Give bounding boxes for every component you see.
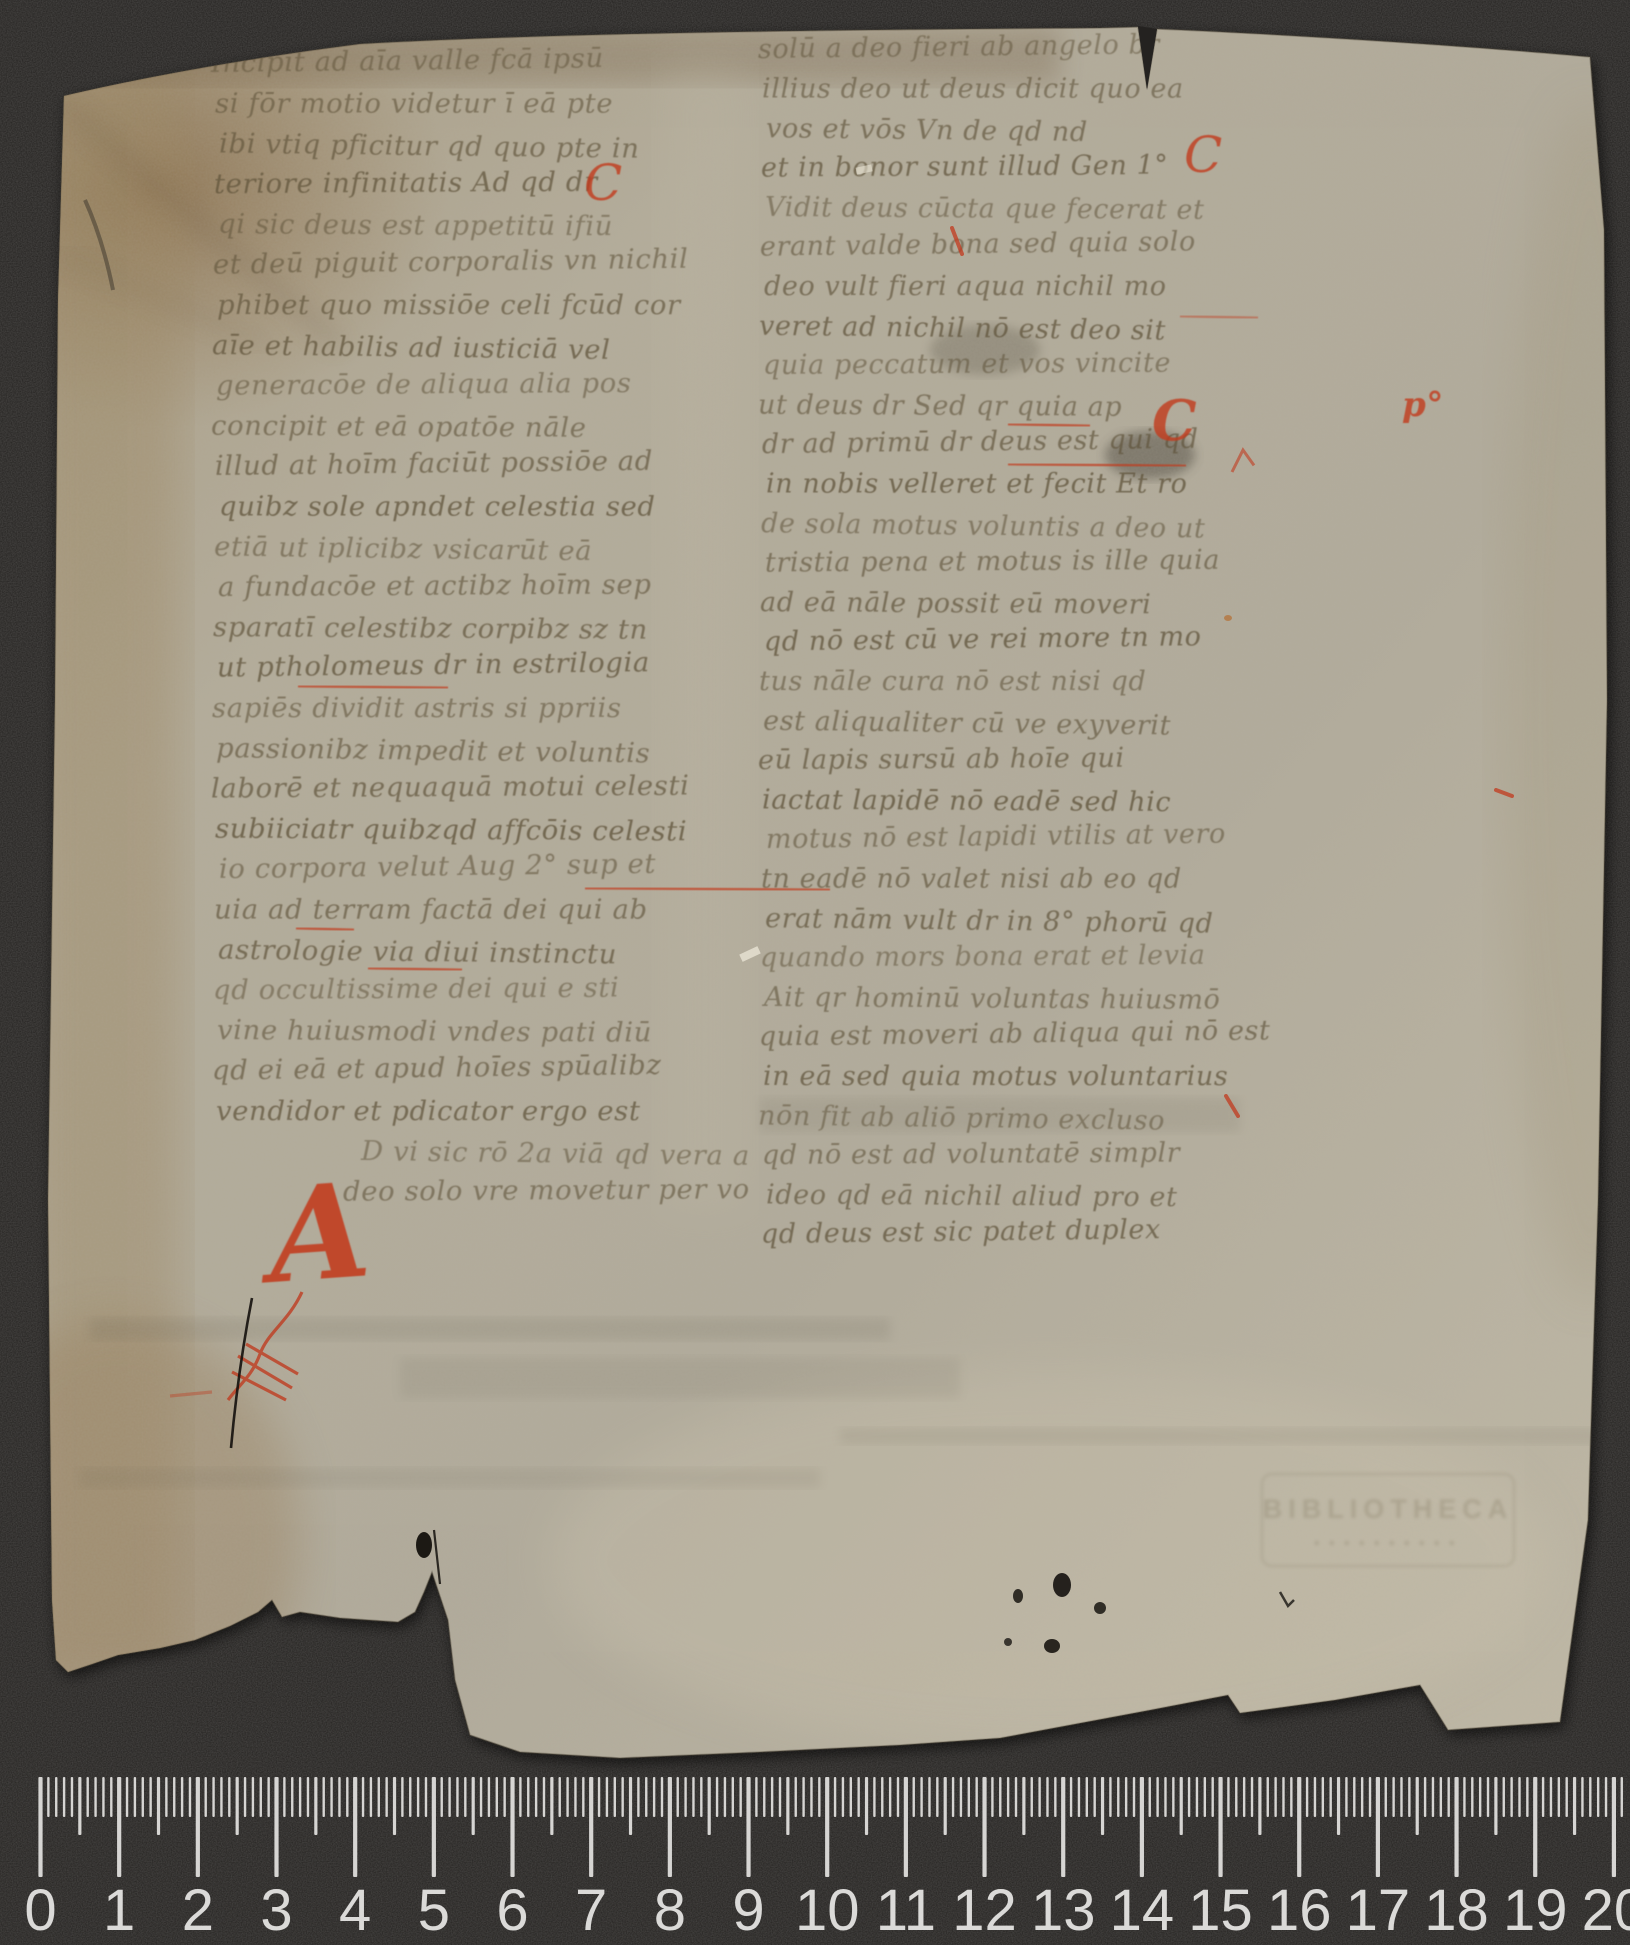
ruler-tick — [621, 1777, 623, 1817]
ruler-tick — [441, 1777, 443, 1817]
ruler-tick — [1022, 1777, 1025, 1835]
ruler-number: 6 — [496, 1878, 528, 1943]
manuscript-line: etiā ut iplicibz vsicarūt eā — [214, 531, 593, 568]
ruler-tick — [1612, 1777, 1616, 1877]
ruler-tick — [1101, 1777, 1104, 1835]
ruler-tick — [1479, 1777, 1481, 1817]
ruler-tick — [724, 1777, 726, 1817]
ruler-tick — [496, 1777, 498, 1817]
ruler-tick — [307, 1777, 309, 1817]
rubric-underline — [585, 888, 830, 890]
manuscript-line: quando mors bona erat et levia — [760, 940, 1206, 974]
ruler-tick — [550, 1777, 553, 1835]
manuscript-line: ad eā nāle possit eū moveri — [760, 587, 1152, 620]
ruler-tick — [1345, 1777, 1347, 1817]
photograph-stage: BIBLIOTHECA ·········· Incipit ad aīa va… — [0, 0, 1630, 1945]
ruler-tick — [936, 1777, 938, 1817]
ruler-tick — [55, 1777, 57, 1817]
rubric-underline — [1008, 424, 1090, 426]
manuscript-line: ideo qd eā nichil aliud pro et — [766, 1180, 1178, 1214]
ruler-tick — [1070, 1777, 1072, 1817]
ruler-tick — [1314, 1777, 1316, 1817]
ruler-tick — [1211, 1777, 1213, 1817]
ruler-tick — [850, 1777, 852, 1817]
manuscript-line: tus nāle cura nō est nisi qd — [759, 666, 1146, 697]
ruler-tick — [1337, 1777, 1340, 1835]
ruler-tick — [1353, 1777, 1355, 1817]
ruler-tick — [1322, 1777, 1324, 1817]
ruler-tick — [746, 1777, 750, 1877]
rubric-underline — [296, 928, 354, 930]
ruler-tick — [1605, 1777, 1607, 1817]
manuscript-line: si fōr motio videtur ī eā pte — [215, 87, 613, 119]
ruler-tick — [102, 1777, 104, 1817]
ruler-number: 4 — [339, 1878, 371, 1943]
ruler-tick — [1573, 1777, 1576, 1835]
ruler-tick — [1494, 1777, 1497, 1835]
ruler-tick — [448, 1777, 450, 1817]
ruler-tick — [535, 1777, 537, 1817]
manuscript-line: generacōe de aliqua alia pos — [216, 367, 632, 402]
ruler-tick — [274, 1777, 278, 1877]
ruler-number: 11 — [876, 1878, 936, 1943]
rubric-pilcrow: C — [584, 154, 623, 212]
ruler-tick — [1621, 1777, 1623, 1817]
manuscript-line: est aliqualiter cū ve exyverit — [763, 706, 1171, 742]
ruler-tick — [1290, 1777, 1292, 1817]
ruler-tick — [771, 1777, 773, 1817]
manuscript-line: astrologie via diui instinctu — [218, 934, 617, 971]
ruler-tick — [1218, 1777, 1222, 1877]
manuscript-line: qd nō est cū ve rei more tn mo — [764, 621, 1202, 657]
rubric-underline — [298, 686, 448, 688]
ruler-tick — [1558, 1777, 1560, 1817]
stamp-line-2: ·········· — [1313, 1528, 1463, 1558]
ruler-tick — [1550, 1777, 1552, 1817]
ruler-tick — [857, 1777, 859, 1817]
ruler-tick — [71, 1777, 73, 1817]
ruler-tick — [1188, 1777, 1190, 1817]
ruler-tick — [1172, 1777, 1174, 1817]
ruler-tick — [865, 1777, 868, 1835]
ruler-tick — [913, 1777, 915, 1817]
manuscript-line: qd nō est ad voluntatē simplr — [762, 1137, 1182, 1171]
ruler-tick — [842, 1777, 844, 1817]
ruler-tick — [566, 1777, 568, 1817]
ruler-tick — [1297, 1777, 1301, 1877]
manuscript-line: subiiciatr quibzqd affcōis celesti — [215, 813, 687, 848]
ruler-tick — [802, 1777, 804, 1817]
ruler-tick — [1227, 1777, 1229, 1817]
ruler-tick — [110, 1777, 112, 1817]
rubric-margin-glyph: p° — [1402, 385, 1444, 425]
ruler-tick — [968, 1777, 970, 1817]
ruler-tick — [920, 1777, 922, 1817]
ruler-tick — [1031, 1777, 1033, 1817]
ruler-tick — [732, 1777, 734, 1817]
ruler-tick — [1376, 1777, 1380, 1877]
ruler-number: 0 — [24, 1878, 56, 1943]
ruler-tick — [810, 1777, 812, 1817]
ruler-number: 1 — [103, 1878, 135, 1943]
ruler-tick — [425, 1777, 427, 1817]
ruler-tick — [173, 1777, 175, 1817]
ruler-tick — [519, 1777, 521, 1817]
manuscript-line: Vidit deus cūcta que fecerat et — [765, 192, 1205, 226]
ruler-tick — [1581, 1777, 1583, 1817]
ruler-tick — [236, 1777, 239, 1835]
ruler-tick — [1133, 1777, 1135, 1817]
ruler-tick — [1258, 1777, 1261, 1835]
ruler-tick — [637, 1777, 639, 1817]
ruler-tick — [559, 1777, 561, 1817]
ruler-tick — [488, 1777, 490, 1817]
ruler-tick — [739, 1777, 741, 1817]
ruler-tick — [1533, 1777, 1537, 1877]
ruler-tick — [1196, 1777, 1198, 1817]
manuscript-line: laborē et nequaquā motui celesti — [211, 769, 690, 804]
manuscript-line: iactat lapidē nō eadē sed hic — [762, 785, 1171, 818]
ruler-tick — [952, 1777, 954, 1817]
manuscript-line: erant valde bona sed quia solo — [760, 226, 1196, 262]
ruler-tick — [1149, 1777, 1151, 1817]
ruler-tick — [881, 1777, 883, 1817]
ruler-tick — [196, 1777, 200, 1877]
ruler-tick — [527, 1777, 529, 1817]
ruler-tick — [1329, 1777, 1331, 1817]
manuscript-line: qd deus est sic patet duplex — [761, 1214, 1161, 1250]
ruler-tick — [873, 1777, 875, 1817]
ruler-tick — [606, 1777, 608, 1817]
ruler-tick — [291, 1777, 293, 1817]
manuscript-line: quia peccatum et vos vincite — [763, 348, 1171, 381]
manuscript-line: de sola motus voluntis a deo ut — [761, 508, 1206, 544]
ruler-number: 15 — [1188, 1878, 1253, 1943]
ruler-tick — [1454, 1777, 1458, 1877]
ruler-tick — [1054, 1777, 1056, 1817]
ruler-number: 18 — [1424, 1878, 1489, 1943]
manuscript-line: Ait qr hominū voluntas huiusmō — [761, 982, 1221, 1016]
ruler-tick — [1447, 1777, 1449, 1817]
ruler-tick — [432, 1777, 436, 1877]
ruler-tick — [228, 1777, 230, 1817]
ruler-tick — [393, 1777, 396, 1835]
manuscript-line: ut ptholomeus dr in estrilogia — [217, 646, 650, 683]
ruler-tick — [1503, 1777, 1505, 1817]
manuscript-line: solū a deo fieri ab angelo br — [758, 29, 1162, 65]
ruler-tick — [417, 1777, 419, 1817]
ruler-tick — [1267, 1777, 1269, 1817]
manuscript-line: phibet quo missiōe celi fcūd cor — [217, 289, 682, 321]
ruler-tick — [589, 1777, 593, 1877]
ruler-tick — [87, 1777, 89, 1817]
manuscript-line: vendidor et pdicator ergo est — [216, 1095, 641, 1127]
ruler-tick — [1565, 1777, 1567, 1817]
ruler-tick — [763, 1777, 765, 1817]
ruler-tick — [323, 1777, 325, 1817]
ruler-tick — [370, 1777, 372, 1817]
ruler-tick — [330, 1777, 332, 1817]
manuscript-line: motus nō est lapidi vtilis at vero — [766, 818, 1226, 855]
text-column-right: solū a deo fieri ab angelo brillius deo … — [758, 29, 1271, 1250]
manuscript-line: tristia pena et motus is ille quia — [765, 545, 1220, 579]
ruler-tick — [944, 1777, 947, 1835]
manuscript-line: ut deus dr Sed qr quia ap — [758, 390, 1122, 423]
ruler-tick — [795, 1777, 797, 1817]
parchment-surface: BIBLIOTHECA ·········· Incipit ad aīa va… — [0, 0, 1630, 1800]
ruler-tick — [142, 1777, 144, 1817]
ruler-tick — [1125, 1777, 1127, 1817]
ruler-tick — [982, 1777, 986, 1877]
ruler-tick — [1235, 1777, 1237, 1817]
ruler-tick — [904, 1777, 908, 1877]
ruler-tick — [181, 1777, 183, 1817]
ruler-tick — [117, 1777, 121, 1877]
ruler-tick — [614, 1777, 616, 1817]
ruler-tick — [510, 1777, 514, 1877]
ruler-tick — [700, 1777, 702, 1817]
ruler-tick — [668, 1777, 672, 1877]
ruler-number: 13 — [1031, 1878, 1096, 1943]
ruler-tick — [78, 1777, 81, 1835]
ruler-tick — [126, 1777, 128, 1817]
ruler-tick — [157, 1777, 160, 1835]
ruler-tick — [1369, 1777, 1371, 1817]
ruler-tick — [1007, 1777, 1009, 1817]
ruler-tick — [1046, 1777, 1048, 1817]
manuscript-line: uia ad terram factā dei qui ab — [214, 893, 648, 925]
rubric-underline — [368, 968, 462, 970]
ruler-tick — [1463, 1777, 1465, 1817]
ruler-tick — [244, 1777, 246, 1817]
ruler-tick — [1471, 1777, 1473, 1817]
ruler-tick — [472, 1777, 475, 1835]
ruler-number: 19 — [1503, 1878, 1568, 1943]
manuscript-line: passionibz impedit et voluntis — [216, 732, 651, 769]
ruler-tick — [1542, 1777, 1544, 1817]
ruler-tick — [464, 1777, 466, 1817]
ruler-tick — [47, 1777, 49, 1817]
ruler-tick — [134, 1777, 136, 1817]
manuscript-line: erat nām vult dr in 8° phorū qd — [765, 903, 1214, 939]
manuscript-line: dr ad primū dr deus est qui qd — [762, 424, 1199, 460]
ruler-tick — [1487, 1777, 1489, 1817]
rubric-pilcrow-filled: C — [1152, 388, 1197, 454]
rubric-pilcrow: C — [1184, 126, 1223, 184]
ruler-tick — [960, 1777, 962, 1817]
manuscript-line: aīe et habilis ad iusticiā vel — [212, 329, 611, 366]
ruler-tick — [716, 1777, 718, 1817]
manuscript-line: vine huiusmodi vndes pati diū — [217, 1014, 652, 1049]
ruler-tick — [362, 1777, 364, 1817]
manuscript-line: teriore infinitatis Ad qd dr — [214, 166, 599, 200]
ruler-tick — [1243, 1777, 1245, 1817]
ruler-number: 20 — [1582, 1878, 1630, 1943]
ruler-tick — [677, 1777, 679, 1817]
ruler-tick — [1180, 1777, 1183, 1835]
ruler-tick — [94, 1777, 96, 1817]
ruler-tick — [1589, 1777, 1591, 1817]
ruler-tick — [299, 1777, 301, 1817]
ruler-tick — [1086, 1777, 1088, 1817]
ruler-tick — [353, 1777, 357, 1877]
ruler-number: 5 — [418, 1878, 450, 1943]
ruler-tick — [252, 1777, 254, 1817]
ruler-tick — [645, 1777, 647, 1817]
ruler-number: 2 — [182, 1878, 214, 1943]
ruler-number: 16 — [1267, 1878, 1332, 1943]
manuscript-line: illud at hoīm faciūt possiōe ad — [215, 445, 653, 482]
ruler-tick — [708, 1777, 711, 1835]
ruler-tick — [755, 1777, 757, 1817]
ruler-tick — [1117, 1777, 1119, 1817]
manuscript-line: deo vult fieri aqua nichil mo — [764, 271, 1167, 302]
manuscript-line: eū lapis sursū ab hoīe qui — [758, 743, 1125, 776]
ruler-tick — [260, 1777, 262, 1817]
ruler-number: 14 — [1110, 1878, 1175, 1943]
ruler-tick — [503, 1777, 505, 1817]
manuscript-line: in eā sed quia motus voluntarius — [763, 1061, 1228, 1092]
ruler-tick — [928, 1777, 930, 1817]
ruler-tick — [267, 1777, 269, 1817]
ruler-number: 12 — [952, 1878, 1017, 1943]
ruler-tick — [1432, 1777, 1434, 1817]
ruler-number: 17 — [1346, 1878, 1411, 1943]
ruler-tick — [1274, 1777, 1276, 1817]
manuscript-line: quia est moveri ab aliqua qui nō est — [759, 1015, 1271, 1052]
manuscript-line: qd ei eā et apud hoīes spūalibz — [212, 1049, 662, 1086]
ruler-tick — [779, 1777, 781, 1817]
ruler-tick — [1385, 1777, 1387, 1817]
ruler-tick — [897, 1777, 899, 1817]
ruler-tick — [283, 1777, 285, 1817]
rubric-underline — [1008, 464, 1186, 466]
ruler-tick — [1093, 1777, 1095, 1817]
ruler-tick — [1109, 1777, 1111, 1817]
manuscript-line: io corpora velut Aug 2° sup et — [219, 848, 657, 885]
ruler-tick — [786, 1777, 789, 1835]
ruler-number: 7 — [575, 1878, 607, 1943]
ruler-tick — [1440, 1777, 1442, 1817]
ruler-tick — [165, 1777, 167, 1817]
ruler-tick — [378, 1777, 380, 1817]
ruler-tick — [1282, 1777, 1284, 1817]
ruler-tick — [825, 1777, 829, 1877]
ruler-tick — [63, 1777, 65, 1817]
stamp-line-1: BIBLIOTHECA — [1263, 1494, 1514, 1524]
ruler-tick — [456, 1777, 458, 1817]
ruler-tick — [338, 1777, 340, 1817]
manuscript-line: et deū piguit corporalis vn nichil — [213, 243, 689, 281]
manuscript-photo: BIBLIOTHECA ·········· Incipit ad aīa va… — [0, 0, 1630, 1945]
ruler-tick — [385, 1777, 387, 1817]
ruler-tick — [1416, 1777, 1419, 1835]
manuscript-line: D vi sic rō 2a viā qd vera a — [360, 1135, 750, 1172]
ruler-tick — [991, 1777, 993, 1817]
ruler-tick — [975, 1777, 977, 1817]
ruler-tick — [1156, 1777, 1158, 1817]
ruler-tick — [346, 1777, 348, 1817]
manuscript-line: a fundacōe et actibz hoīm sep — [218, 568, 652, 603]
manuscript-line: sparatī celestibz corpibz sz tn — [213, 611, 648, 646]
ruler-tick — [653, 1777, 655, 1817]
ruler-tick — [1204, 1777, 1206, 1817]
ruler-tick — [629, 1777, 632, 1835]
ruler-tick — [1140, 1777, 1144, 1877]
ruler-tick — [1408, 1777, 1410, 1817]
ruler-tick — [189, 1777, 191, 1817]
ruler-tick — [212, 1777, 214, 1817]
ruler-tick — [1164, 1777, 1166, 1817]
ruler-tick — [834, 1777, 836, 1817]
manuscript-line: in nobis velleret et fecit Et ro — [766, 469, 1187, 500]
ruler-tick — [409, 1777, 411, 1817]
ruler-tick — [401, 1777, 403, 1817]
manuscript-line: et in bonor sunt illud Gen 1° — [761, 150, 1169, 183]
ruler-tick — [1038, 1777, 1040, 1817]
ruler-number: 9 — [732, 1878, 764, 1943]
ruler-tick — [1015, 1777, 1017, 1817]
ruler-tick — [582, 1777, 584, 1817]
manuscript-line: nōn fit ab aliō primo excluso — [758, 1101, 1165, 1137]
ruler-tick — [684, 1777, 686, 1817]
ruler-tick — [598, 1777, 600, 1817]
ruler-tick — [1526, 1777, 1528, 1817]
ruler-tick — [1361, 1777, 1363, 1817]
ruler-tick — [1061, 1777, 1065, 1877]
ruler-number: 3 — [260, 1878, 292, 1943]
ruler-tick — [661, 1777, 663, 1817]
manuscript-line: sapiēs dividit astris si ppriis — [212, 692, 622, 724]
ruler-tick — [1400, 1777, 1402, 1817]
manuscript-line: veret ad nichil nō est deo sit — [759, 311, 1166, 347]
ruler-tick — [1597, 1777, 1599, 1817]
manuscript-line: qd occultissime dei qui e sti — [213, 971, 620, 1005]
manuscript-line: deo solo vre movetur per vo — [343, 1173, 750, 1207]
ruler-tick — [692, 1777, 694, 1817]
ruler-tick — [38, 1777, 42, 1877]
ruler-number: 10 — [795, 1878, 860, 1943]
ruler-tick — [889, 1777, 891, 1817]
ruler-tick — [314, 1777, 317, 1835]
ruler-tick — [1424, 1777, 1426, 1817]
manuscript-line: concipit et eā opatōe nāle — [211, 410, 587, 444]
manuscript-line: illius deo ut deus dicit quo ea — [762, 74, 1184, 105]
ruler-tick — [1078, 1777, 1080, 1817]
ruler-tick — [1306, 1777, 1308, 1817]
ruler-tick — [149, 1777, 151, 1817]
ruler-tick — [543, 1777, 545, 1817]
ruler-tick — [1251, 1777, 1253, 1817]
ruler-number: 8 — [654, 1878, 686, 1943]
rubric-underline-faint — [1180, 316, 1258, 318]
ruler-tick — [205, 1777, 207, 1817]
ruler-tick — [1518, 1777, 1520, 1817]
ruler-tick — [999, 1777, 1001, 1817]
ruler-tick — [1392, 1777, 1394, 1817]
ruler-tick — [1510, 1777, 1512, 1817]
manuscript-line: ibi vtiq pficitur qd quo pte in — [219, 128, 640, 165]
manuscript-line: vos et vōs Vn de qd nd — [766, 113, 1088, 148]
ruler-tick — [818, 1777, 820, 1817]
ruler-tick — [574, 1777, 576, 1817]
manuscript-line: quibz sole apndet celestia sed — [219, 490, 656, 522]
ruler-tick — [480, 1777, 482, 1817]
manuscript-line: qi sic deus est appetitū ifiū — [218, 208, 613, 242]
ruler-tick — [220, 1777, 222, 1817]
